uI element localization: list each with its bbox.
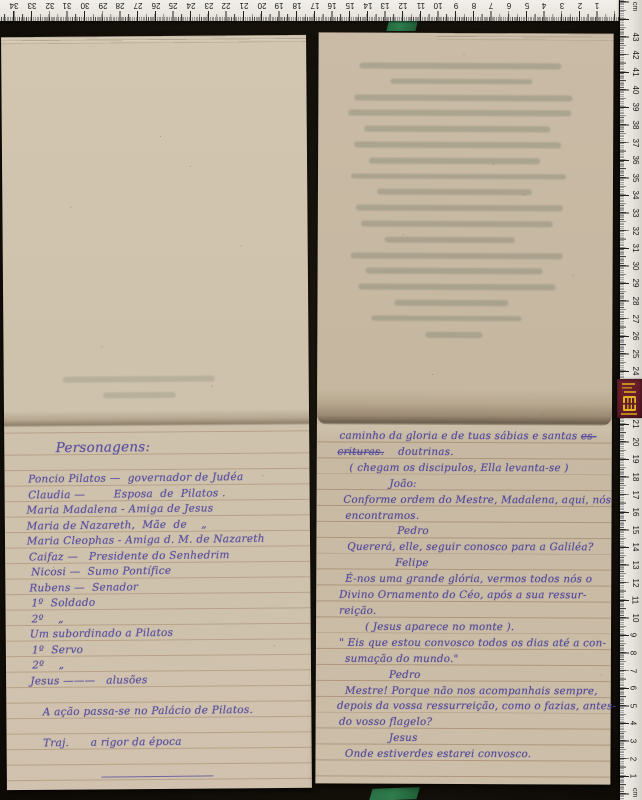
ruler-number: 4 (542, 1, 546, 10)
ruler-number: 31 (631, 244, 640, 253)
ruler-number: 17 (631, 490, 640, 499)
ruler-number: 37 (631, 138, 640, 147)
fold-crease (317, 388, 612, 425)
handwritten-line: reição. (337, 604, 603, 620)
stamp-emblem (617, 379, 642, 418)
handwritten-line: Mestre! Porque não nos acompanhais sempr… (337, 683, 603, 699)
ruler-number: 6 (629, 686, 638, 690)
handwritten-line: Maria Cleophas - Amiga d. M. de Nazareth (27, 531, 299, 550)
bleed-through-row (359, 63, 561, 69)
paper-speck (432, 374, 433, 375)
bleed-through-row (361, 221, 553, 227)
paper-speck (403, 234, 404, 235)
right-page: caminho da gloria e de tuas sábias e san… (315, 32, 613, 784)
ruler-number: 1 (629, 774, 638, 778)
handwritten-line: caminho da gloria e de tuas sábias e san… (337, 429, 603, 445)
ruler-number: 5 (524, 1, 528, 10)
ruler-number: 14 (363, 1, 372, 10)
stacked-sheet-edges (1, 35, 306, 44)
paper-speck (135, 746, 136, 747)
stacked-sheet-edges (437, 33, 614, 41)
paper-speck (464, 54, 465, 55)
ruler-number: 13 (631, 561, 640, 570)
handwritten-line: Conforme ordem do Mestre, Madalena, aqui… (337, 492, 603, 508)
paper-speck (190, 166, 191, 167)
ruler-number: 18 (293, 1, 302, 10)
bleed-through-row (371, 315, 521, 321)
handwritten-line: sumação do mundo." (337, 651, 603, 667)
ruler-number: 32 (45, 1, 54, 10)
paper-speck (212, 386, 213, 387)
bleed-through-row (425, 331, 482, 337)
paper-speck (381, 594, 382, 595)
ruler-number: 35 (631, 173, 640, 182)
paper-speck (592, 505, 593, 506)
ruler-number: 2 (629, 756, 638, 760)
handwritten-line: Jesus (337, 731, 603, 747)
handwritten-line: Divino Ornamento do Céo, após a sua ress… (337, 588, 603, 604)
ruler-number: 29 (98, 1, 107, 10)
ruler-number: 5 (629, 704, 638, 708)
bleed-through-row (366, 268, 542, 274)
ruler-number: 9 (454, 1, 458, 10)
ruler-number: 27 (631, 314, 640, 323)
ruler-unit-label: cm (631, 2, 638, 11)
ruler-number: 13 (381, 1, 390, 10)
scan-photo: Personagens:Poncio Pilatos — governador … (0, 0, 642, 800)
bleed-through-row (63, 376, 215, 383)
horizontal-ruler: 1234567891011121314151617181920212223242… (0, 0, 619, 21)
ruler-number: 41 (631, 68, 640, 77)
bleed-through-row (354, 94, 572, 100)
bleed-through-row (384, 236, 514, 242)
ruler-number: 29 (631, 279, 640, 288)
paper-speck (262, 475, 263, 476)
handwritten-line: Pedro (337, 524, 603, 540)
ruler-number: 25 (631, 349, 640, 358)
ruler-number: 14 (631, 543, 640, 552)
paper-speck (160, 136, 161, 137)
handwritten-line: ( Jesus aparece no monte ). (337, 620, 603, 636)
ruler-number: 20 (257, 1, 266, 10)
bleed-through-row (102, 392, 176, 398)
bleed-through-row (351, 173, 566, 179)
bleed-through-row (394, 300, 508, 306)
ruler-number: 11 (417, 1, 425, 10)
handwritten-line: do vosso flagelo? (337, 715, 603, 731)
paper-speck (601, 675, 602, 676)
ruler-number: 16 (631, 508, 640, 517)
handwritten-line: crituras. doutrinas. (337, 445, 603, 461)
ruler-number: 3 (629, 739, 638, 743)
vertical-ruler: cm cm 1234567891011121314151617181920212… (620, 0, 642, 800)
ruler-number: 32 (631, 226, 640, 235)
ruler-number: 36 (631, 156, 640, 165)
ruler-number: 11 (631, 596, 640, 604)
paper-speck (523, 194, 524, 195)
bleed-through-row (354, 142, 562, 148)
handwriting-block: caminho da gloria e de tuas sábias e san… (337, 429, 604, 763)
ruler-number: 24 (187, 1, 196, 10)
paper-speck (493, 164, 494, 165)
bleed-through-row (358, 284, 555, 290)
ruler-number: 20 (631, 437, 640, 446)
ruler-unit-label: cm (631, 788, 638, 797)
ruler-number: 15 (631, 525, 640, 534)
handwritten-line: Pedro (337, 667, 603, 683)
paper-speck (53, 567, 54, 568)
ruler-number: 7 (489, 1, 493, 10)
handwritten-line: depois da vossa ressurreição, como o faz… (337, 699, 603, 715)
ruler-number: 30 (81, 1, 90, 10)
ruler-number: 34 (10, 1, 19, 10)
ruler-number: 8 (471, 1, 475, 10)
ruler-number: 19 (275, 1, 284, 10)
paper-speck (542, 414, 543, 415)
ruler-number: 23 (204, 1, 213, 10)
ruler-number: 30 (631, 261, 640, 270)
ruler-number: 9 (629, 633, 638, 637)
ruler-number: 40 (631, 85, 640, 94)
ruler-number: 43 (631, 33, 640, 42)
bleed-through-row (369, 157, 540, 163)
ruler-number: 28 (631, 297, 640, 306)
green-bookmark-bottom (369, 787, 420, 800)
paper-speck (101, 346, 102, 347)
ruler-number: 8 (629, 651, 638, 655)
ruler-number: 22 (222, 1, 231, 10)
ruler-number: 28 (116, 1, 125, 10)
ruler-number: 33 (28, 1, 37, 10)
bleed-through-row (348, 110, 571, 116)
ruler-cm-ticks (0, 11, 619, 21)
ruler-number: 16 (328, 1, 337, 10)
paper-speck (70, 207, 71, 208)
ruler-number: 21 (631, 420, 640, 429)
ruler-number: 12 (631, 578, 640, 587)
paper-speck (274, 645, 275, 646)
handwritten-line: É-nos uma grande glória, vermos todos nó… (337, 572, 603, 588)
bleed-through-row (377, 189, 533, 195)
left-page: Personagens:Poncio Pilatos — governador … (1, 35, 312, 790)
handwritten-line: encontramos. (337, 508, 603, 524)
handwritten-line: Onde estiverdes estarei convosco. (337, 747, 603, 763)
ruler-number: 26 (631, 332, 640, 341)
ruler-number: 6 (507, 1, 511, 10)
ruler-number: 34 (631, 191, 640, 200)
ruler-number: 12 (399, 1, 408, 10)
paper-speck (573, 274, 574, 275)
bleed-through-text (337, 62, 598, 408)
bleed-through-row (390, 78, 532, 84)
ruler-number: 7 (629, 668, 638, 672)
handwritten-line: ( chegam os discipulos, Ella levanta-se … (337, 461, 603, 477)
ruler-number: 1 (595, 1, 599, 10)
archive-stamp (617, 379, 642, 418)
handwriting-underline (29, 764, 301, 784)
ruler-number: 39 (631, 103, 640, 112)
ruler-number: 24 (631, 367, 640, 376)
ruler-number: 38 (631, 121, 640, 130)
ruler-number: 21 (240, 1, 249, 10)
ruler-number: 4 (629, 721, 638, 725)
ruler-number: 10 (434, 1, 443, 10)
ruler-number: 2 (577, 1, 581, 10)
ruler-number: 33 (631, 209, 640, 218)
paper-speck (241, 245, 242, 246)
bleed-through-row (364, 126, 550, 132)
bleed-through-row (350, 252, 563, 258)
ruler-number: 26 (151, 1, 160, 10)
bleed-through-row (356, 205, 564, 211)
handwritten-line: " Eis que estou convosco todos os dias a… (337, 636, 603, 652)
ruler-number: 19 (631, 455, 640, 464)
handwritten-line: Felipe (337, 556, 603, 572)
ruler-number: 27 (134, 1, 143, 10)
ruler-number: 3 (560, 1, 564, 10)
ruler-number: 18 (631, 473, 640, 482)
ruler-number: 15 (346, 1, 355, 10)
ruler-number: 10 (631, 613, 640, 622)
ruler-number: 17 (310, 1, 319, 10)
ruler-number: 31 (63, 1, 72, 10)
handwriting-block: Personagens:Poncio Pilatos — governador … (26, 438, 302, 783)
handwritten-line: Quererá, elle, seguir conosco para a Gal… (337, 540, 603, 556)
ruler-number: 25 (169, 1, 178, 10)
handwritten-line: João: (337, 477, 603, 493)
ruler-number: 42 (631, 50, 640, 59)
